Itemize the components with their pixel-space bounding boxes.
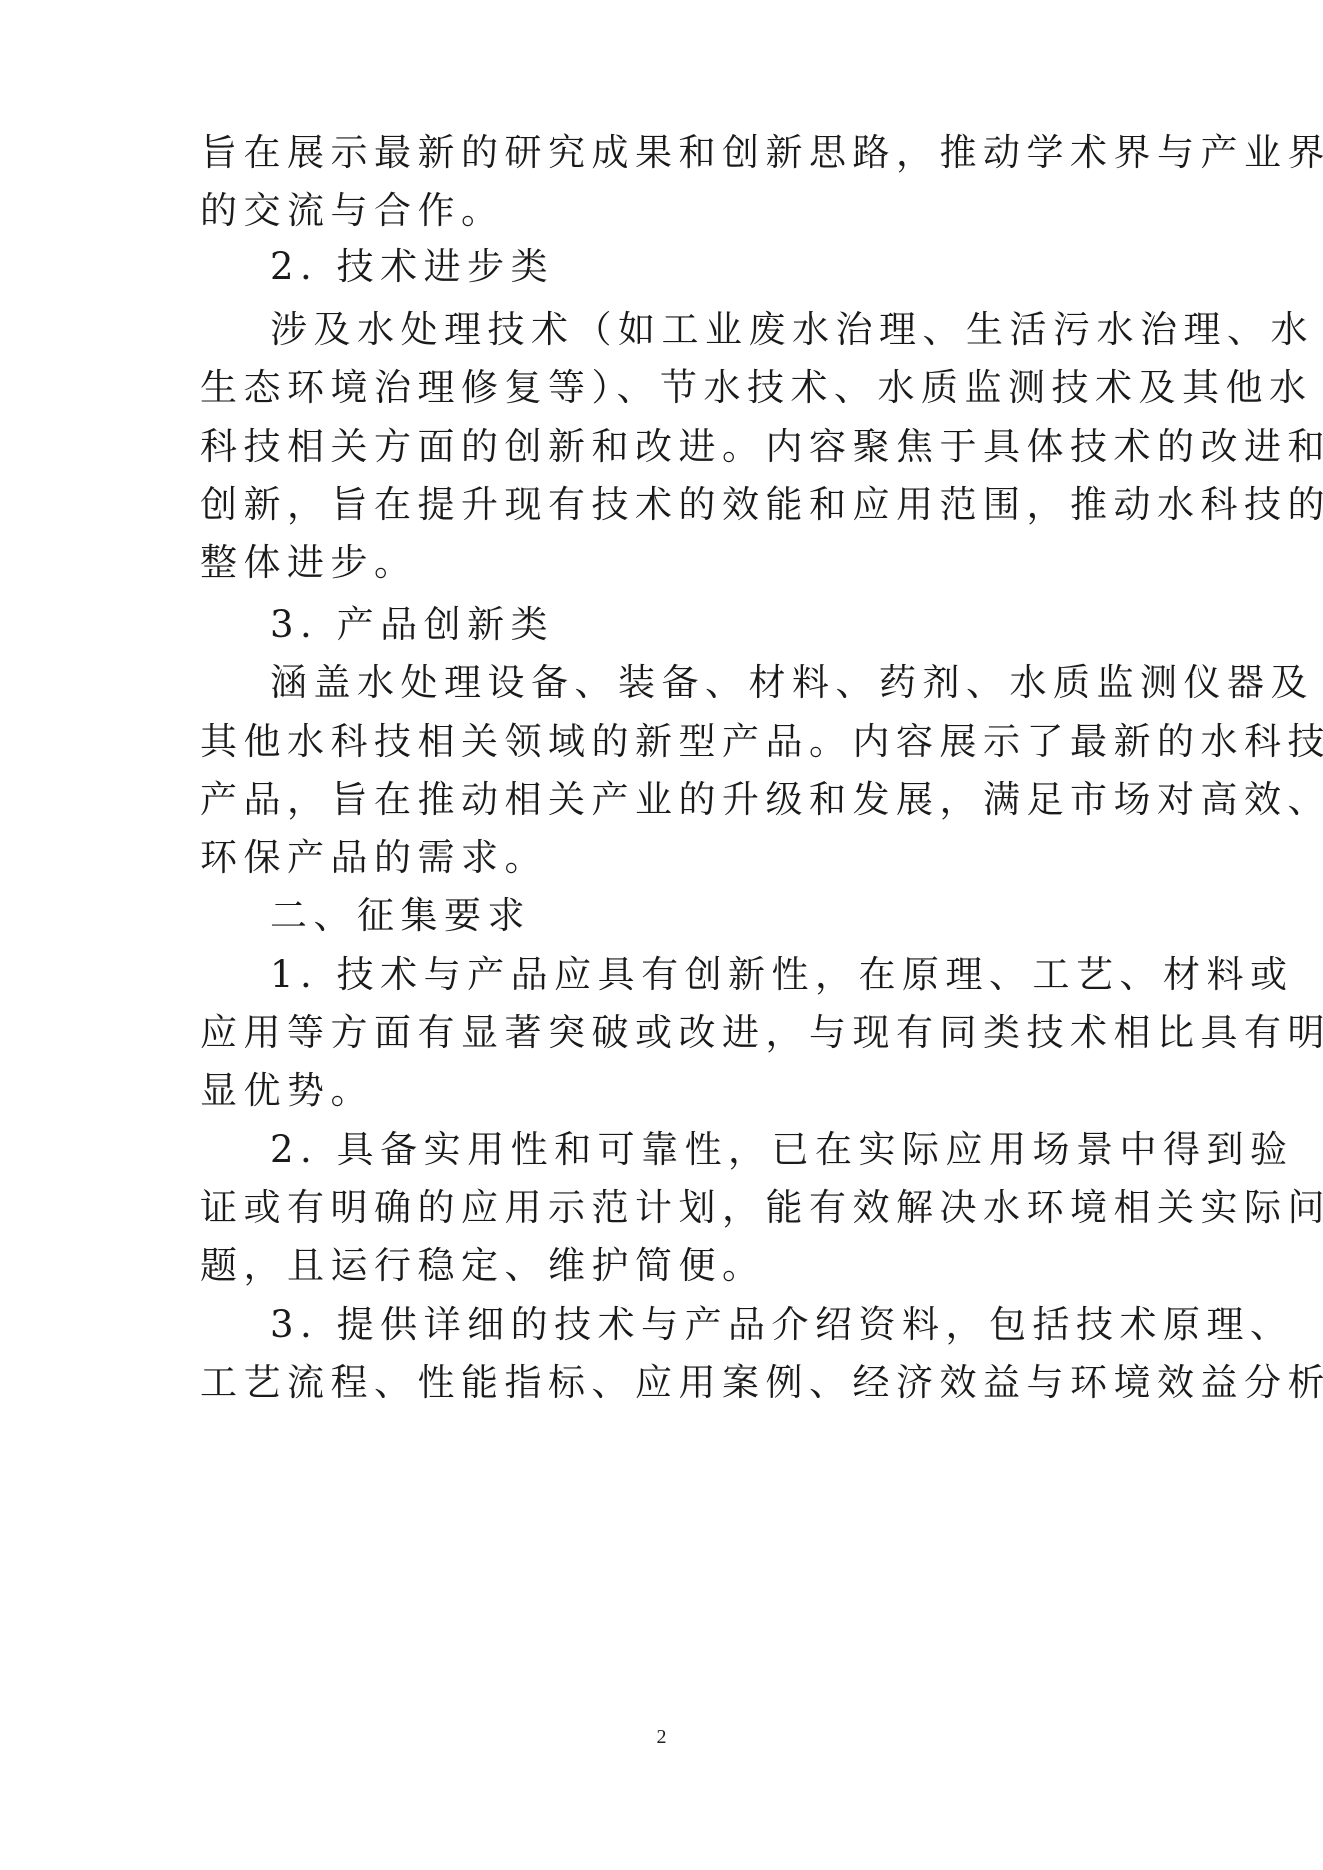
text-line: 工艺流程、性能指标、应用案例、经济效益与环境效益分析 xyxy=(200,1361,1115,1405)
text-line: 应用等方面有显著突破或改进，与现有同类技术相比具有明 xyxy=(200,1011,1115,1055)
text-line: 旨在展示最新的研究成果和创新思路，推动学术界与产业界 xyxy=(200,131,1115,175)
text-line: 的交流与合作。 xyxy=(200,189,1115,233)
section-heading: 二、征集要求 xyxy=(270,894,1115,938)
text-line: 3. 提供详细的技术与产品介绍资料，包括技术原理、 xyxy=(270,1303,1115,1347)
text-line: 整体进步。 xyxy=(200,541,1115,585)
text-line: 显优势。 xyxy=(200,1069,1115,1113)
text-line: 1. 技术与产品应具有创新性，在原理、工艺、材料或 xyxy=(270,953,1115,997)
section-heading: 3. 产品创新类 xyxy=(270,603,1115,647)
text-line: 创新，旨在提升现有技术的效能和应用范围，推动水科技的 xyxy=(200,483,1115,527)
text-line: 产品，旨在推动相关产业的升级和发展，满足市场对高效、 xyxy=(200,778,1115,822)
text-line: 环保产品的需求。 xyxy=(200,836,1115,880)
text-line: 生态环境治理修复等）、节水技术、水质监测技术及其他水 xyxy=(200,366,1115,410)
text-line: 2. 具备实用性和可靠性，已在实际应用场景中得到验 xyxy=(270,1128,1115,1172)
page-number: 2 xyxy=(0,1726,1323,1749)
text-line: 科技相关方面的创新和改进。内容聚焦于具体技术的改进和 xyxy=(200,425,1115,469)
text-line: 题，且运行稳定、维护简便。 xyxy=(200,1244,1115,1288)
section-heading: 2. 技术进步类 xyxy=(270,245,1115,289)
text-line: 其他水科技相关领域的新型产品。内容展示了最新的水科技 xyxy=(200,720,1115,764)
text-line: 涵盖水处理设备、装备、材料、药剂、水质监测仪器及 xyxy=(270,661,1115,705)
text-line: 涉及水处理技术（如工业废水治理、生活污水治理、水 xyxy=(270,308,1115,352)
text-line: 证或有明确的应用示范计划，能有效解决水环境相关实际问 xyxy=(200,1186,1115,1230)
document-page: 旨在展示最新的研究成果和创新思路，推动学术界与产业界 的交流与合作。 2. 技术… xyxy=(0,0,1323,1870)
